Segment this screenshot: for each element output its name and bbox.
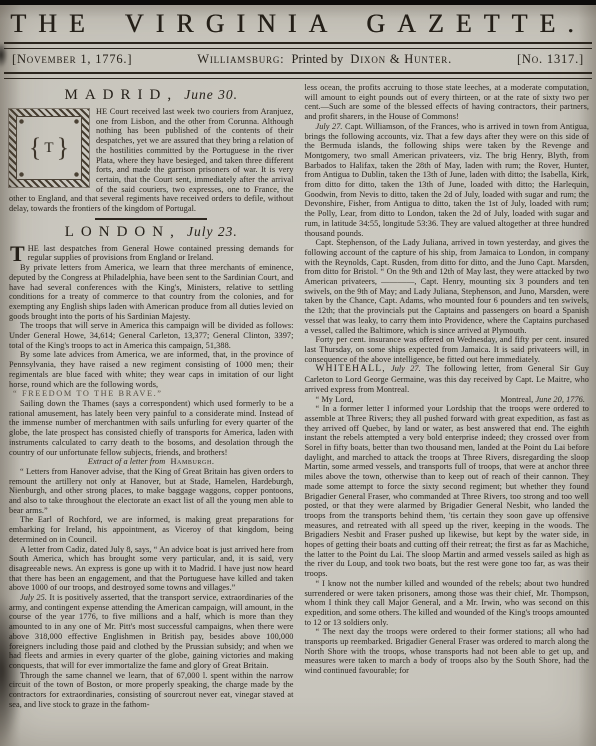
london-heading: LONDON, (65, 224, 181, 240)
news-paragraph: Through the same channel we learn, that … (9, 671, 294, 710)
scan-edge (0, 0, 596, 5)
whitehall-heading-date: July 27. (391, 364, 421, 373)
news-paragraph: Capt. Stephenson, of the Lady Juliana, a… (305, 238, 590, 335)
news-paragraph: less ocean, the profits accruing to thos… (305, 83, 590, 122)
news-paragraph: “ In a former letter I informed your Lor… (305, 404, 590, 579)
paragraph-dateline: July 27. (316, 122, 343, 131)
brace-right: } (57, 135, 70, 161)
whitehall-heading: WHITEHALL, (316, 364, 386, 374)
london-heading-date: July 23. (187, 224, 238, 239)
newspaper-page: THE VIRGINIA GAZETTE. [November 1, 1776.… (0, 0, 596, 746)
dateline-printed-by: Printed by (292, 52, 344, 66)
madrid-heading: MADRID, (65, 87, 179, 103)
dropcap-letter-group: { T } (16, 116, 82, 180)
news-paragraph: The troops that will serve in America th… (9, 321, 294, 350)
paragraph-dateline: July 25. (20, 593, 47, 602)
dateline-rule (4, 72, 592, 79)
paragraph-text: Capt. Williamson, of the Frances, who is… (305, 122, 590, 238)
section-heading-london: LONDON, July 23. (9, 223, 294, 242)
extract-heading: Extract of a letter from Hamburgh. (9, 457, 294, 467)
news-paragraph: A letter from Cadiz, dated July 8, says,… (9, 545, 294, 594)
news-paragraph: July 27. Capt. Williamson, of the France… (305, 122, 590, 238)
extract-heading-text: Extract of a letter from (88, 457, 165, 466)
section-divider-rule (95, 218, 207, 220)
paper-stain (0, 592, 24, 746)
salutation-placedate: Montreal, June 20, 1776. (500, 395, 585, 405)
salutation-place: Montreal, (500, 395, 533, 404)
column-left: MADRID, June 30. { T } HE Court received… (9, 83, 294, 709)
dateline: [November 1, 1776.] Williamsburg: Printe… (0, 49, 596, 69)
dropcap-letter: T (44, 141, 53, 156)
column-layout: MADRID, June 30. { T } HE Court received… (0, 79, 596, 709)
regiment-motto: “ FREEDOM TO THE BRAVE.” (9, 389, 294, 399)
news-paragraph: { T } HE Court received last week two co… (9, 107, 294, 214)
brace-left: { (29, 135, 42, 161)
letter-salutation: “ My Lord, Montreal, June 20, 1776. (305, 395, 590, 405)
news-paragraph: “ I know not the number killed and wound… (305, 579, 590, 628)
news-paragraph: “ The next day the troops were ordered t… (305, 627, 590, 676)
salutation-date: June 20, 1776. (535, 395, 585, 404)
column-right: less ocean, the profits accruing to thos… (305, 83, 590, 709)
news-paragraph: By some late advices from America, we ar… (9, 350, 294, 389)
news-paragraph: “ Letters from Hanover advise, that the … (9, 467, 294, 516)
news-paragraph: THE last despatches from General Howe co… (9, 244, 294, 263)
extract-heading-place: Hamburgh. (170, 457, 214, 466)
section-heading-madrid: MADRID, June 30. (9, 86, 294, 105)
news-paragraph: WHITEHALL, July 27. The following letter… (305, 364, 590, 394)
news-paragraph: July 25. It is positively asserted, that… (9, 593, 294, 671)
news-paragraph: By private letters from America, we lear… (9, 263, 294, 321)
madrid-heading-date: June 30. (184, 87, 238, 102)
dropcap-letter: T (9, 244, 28, 263)
masthead-title: THE VIRGINIA GAZETTE. (0, 0, 596, 39)
dateline-issue-number: [No. 1317.] (517, 52, 584, 67)
paragraph-text: HE last despatches from General Howe con… (28, 244, 294, 263)
dropcap-ornament: { T } (9, 109, 89, 187)
news-paragraph: Forty per cent. insurance was offered on… (305, 335, 590, 364)
dateline-printers: Dixon & Hunter. (350, 52, 452, 66)
dateline-date: [November 1, 1776.] (12, 52, 132, 67)
masthead-rule (4, 42, 592, 49)
dateline-imprint: Williamsburg: Printed by Dixon & Hunter. (195, 52, 454, 67)
dateline-place: Williamsburg: (197, 52, 284, 66)
news-paragraph: Sailing down the Thames (says a correspo… (9, 399, 294, 457)
salutation-text: “ My Lord, (316, 395, 354, 405)
news-paragraph: The Earl of Rochford, we are informed, i… (9, 515, 294, 544)
paragraph-text: It is positively asserted, that the tran… (9, 593, 294, 670)
